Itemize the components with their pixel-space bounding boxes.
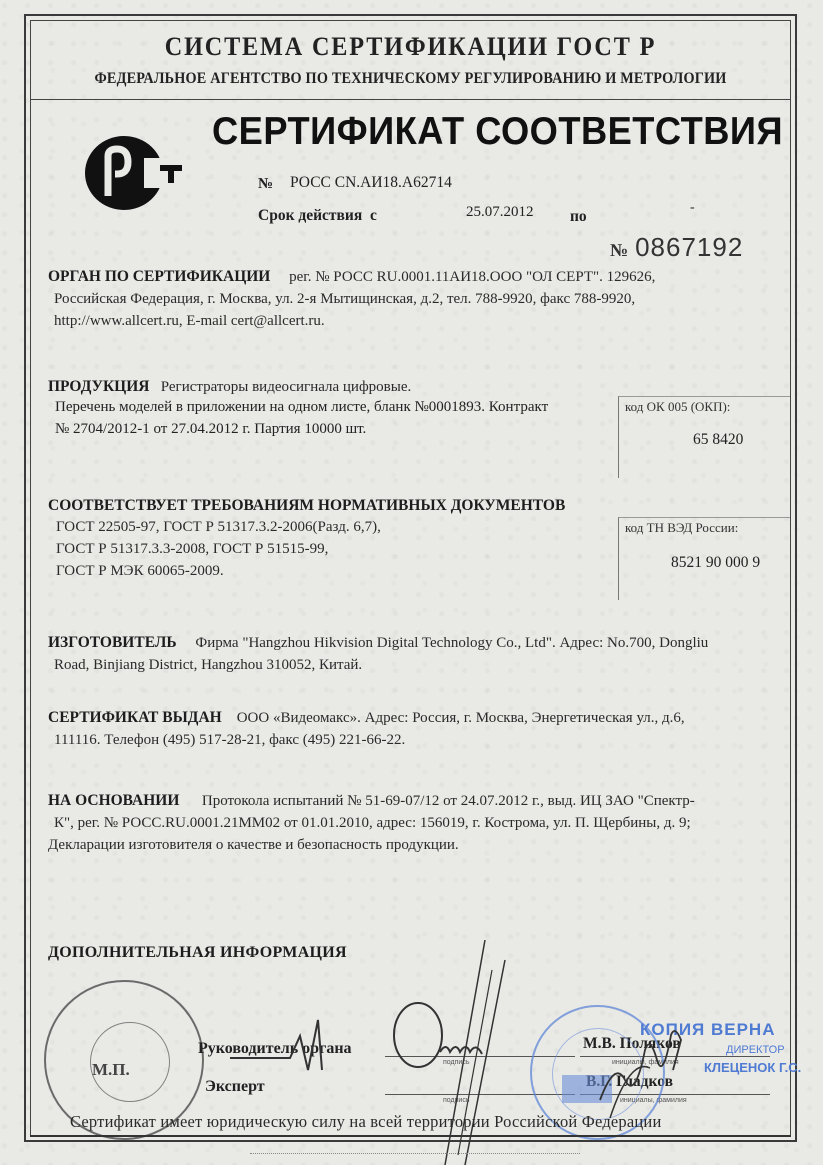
system-title: СИСТЕМА СЕРТИФИКАЦИИ ГОСТ Р <box>57 32 765 62</box>
tnved-code: 8521 90 000 9 <box>671 554 760 572</box>
product-line2: Перечень моделей в приложении на одном л… <box>55 399 548 416</box>
okp-code-box: код ОК 005 (ОКП): 65 8420 <box>618 396 790 478</box>
certification-body-line2: Российская Федерация, г. Москва, ул. 2-я… <box>48 288 788 310</box>
bottom-border-line <box>30 1135 791 1137</box>
normative-doc-line: ГОСТ Р МЭК 60065-2009. <box>56 563 224 580</box>
product-section: ПРОДУКЦИЯ Регистраторы видеосигнала цифр… <box>48 376 788 398</box>
expert-signature-icon <box>590 1030 710 1120</box>
document-title: СЕРТИФИКАТ СООТВЕТСТВИЯ <box>212 110 783 154</box>
issued-to-label: СЕРТИФИКАТ ВЫДАН <box>48 709 222 726</box>
legal-notice: Сертификат имеет юридическую силу на все… <box>70 1112 662 1132</box>
normative-doc-line: ГОСТ Р 51317.3.3-2008, ГОСТ Р 51515-99, <box>56 541 328 558</box>
tnved-code-box: код ТН ВЭД России: 8521 90 000 9 <box>618 517 790 600</box>
valid-to: - <box>690 200 695 216</box>
basis-line3: Декларации изготовителя о качестве и без… <box>48 834 793 856</box>
copy-stamp-name: КЛЕЦЕНОК Г.С. <box>704 1060 801 1075</box>
manufacturer-label: ИЗГОТОВИТЕЛЬ <box>48 634 177 651</box>
basis-line2: К", рег. № РОСС.RU.0001.21ММ02 от 01.01.… <box>48 812 793 834</box>
stamp-place-mark: М.П. <box>92 1060 130 1080</box>
product-label: ПРОДУКЦИЯ <box>48 378 150 395</box>
manufacturer-line2: Road, Binjiang District, Hangzhou 310052… <box>48 654 808 676</box>
product-line1: Регистраторы видеосигнала цифровые. <box>161 379 412 395</box>
issued-to-line2: 111116. Телефон (495) 517-28-21, факс (4… <box>48 729 788 751</box>
valid-from: 25.07.2012 <box>466 204 534 221</box>
header-divider <box>30 99 791 100</box>
blank-number-symbol: № <box>610 240 629 260</box>
normative-docs-label: СООТВЕТСТВУЕТ ТРЕБОВАНИЯМ НОРМАТИВНЫХ ДО… <box>48 497 565 515</box>
basis-section: НА ОСНОВАНИИ Протокола испытаний № 51-69… <box>48 790 793 856</box>
certification-body-line3: http://www.allcert.ru, E-mail cert@allce… <box>48 310 788 332</box>
blank-number-value: 0867192 <box>635 232 743 262</box>
certification-body-label: ОРГАН ПО СЕРТИФИКАЦИИ <box>48 268 270 285</box>
manufacturer-section: ИЗГОТОВИТЕЛЬ Фирма "Hangzhou Hikvision D… <box>48 632 808 676</box>
rst-gost-logo-icon <box>84 134 184 212</box>
manufacturer-line1: Фирма "Hangzhou Hikvision Digital Techno… <box>195 635 708 651</box>
validity-label: Срок действия с <box>258 207 377 225</box>
valid-to-label: по <box>570 208 587 226</box>
product-line3: № 2704/2012-1 от 27.04.2012 г. Партия 10… <box>55 421 366 438</box>
tnved-code-label: код ТН ВЭД России: <box>625 520 738 536</box>
issued-to-section: СЕРТИФИКАТ ВЫДАН ООО «Видеомакс». Адрес:… <box>48 707 788 751</box>
certificate-number-label: № <box>258 176 273 193</box>
certificate-number: РОСС CN.АИ18.А62714 <box>290 174 452 192</box>
okp-code-label: код ОК 005 (ОКП): <box>625 399 730 415</box>
printer-imprint-line <box>250 1153 580 1157</box>
basis-line1: Протокола испытаний № 51-69-07/12 от 24.… <box>202 793 695 809</box>
blank-number: №0867192 <box>610 232 743 263</box>
issued-to-line1: ООО «Видеомакс». Адрес: Россия, г. Москв… <box>237 710 685 726</box>
certification-body-section: ОРГАН ПО СЕРТИФИКАЦИИ рег. № РОСС RU.000… <box>48 266 788 332</box>
certification-body-line1: рег. № РОСС RU.0001.11АИ18.ООО "ОЛ СЕРТ"… <box>289 269 655 285</box>
copy-stamp-title: ДИРЕКТОР <box>726 1044 785 1056</box>
normative-doc-line: ГОСТ 22505-97, ГОСТ Р 51317.3.2-2006(Раз… <box>56 519 381 536</box>
agency-name: ФЕДЕРАЛЬНОЕ АГЕНТСТВО ПО ТЕХНИЧЕСКОМУ РЕ… <box>60 70 760 88</box>
basis-label: НА ОСНОВАНИИ <box>48 792 179 809</box>
okp-code: 65 8420 <box>693 431 743 449</box>
